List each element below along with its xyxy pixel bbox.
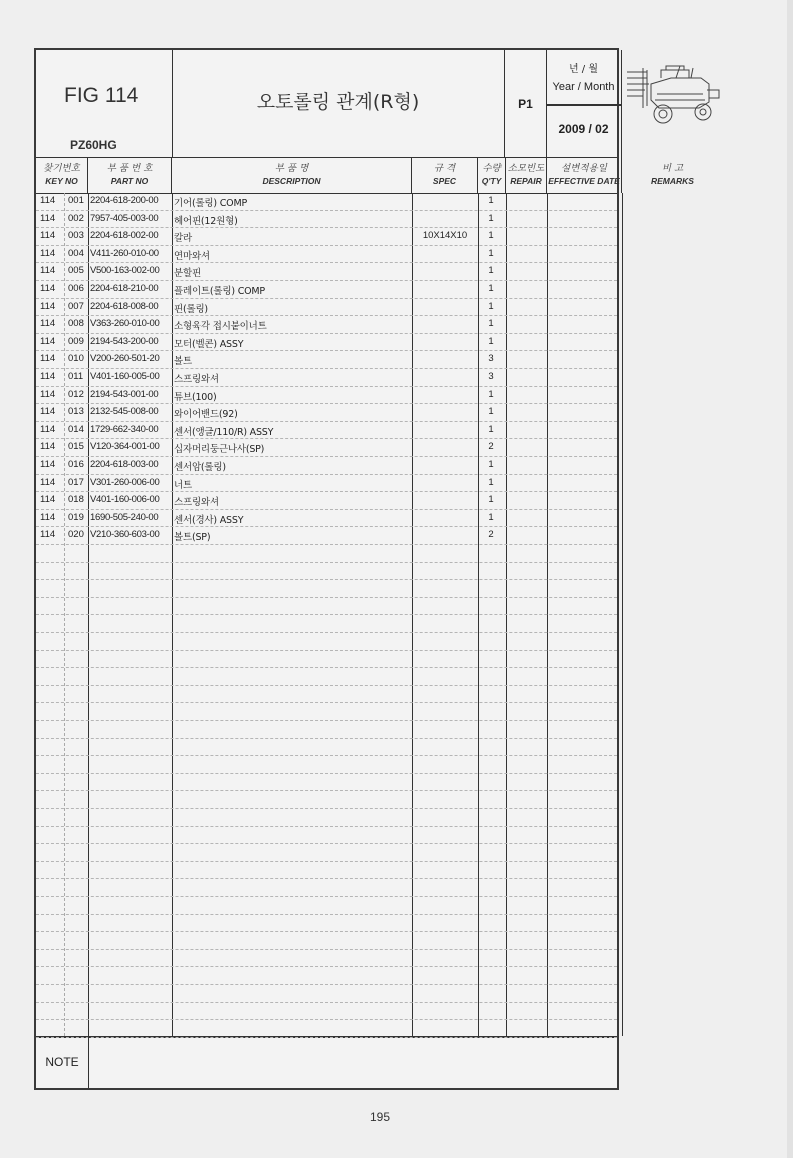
table-row: 114008V363-260-010-00소형육각 접시붙이너트1: [36, 316, 617, 334]
table-row: [36, 879, 617, 897]
col-effective-date: 설변적용일EFFECTIVE DATE: [547, 157, 622, 193]
fig-number: 114: [40, 283, 55, 294]
table-row: [36, 932, 617, 950]
page-number: 195: [370, 1110, 390, 1124]
part-description: 칼라: [174, 230, 192, 244]
part-quantity: 1: [478, 512, 504, 523]
fig-number: 114: [40, 230, 55, 241]
divider: [622, 193, 623, 1036]
page-code: P1: [505, 50, 547, 157]
part-description: 모터(벨콘) ASSY: [174, 336, 243, 350]
note-label: NOTE: [36, 1036, 89, 1088]
part-quantity: 3: [478, 371, 504, 382]
fig-number: 114: [40, 371, 55, 382]
part-quantity: 1: [478, 195, 504, 206]
part-number: 2204-618-210-00: [90, 283, 158, 294]
part-number: 1729-662-340-00: [90, 424, 158, 435]
note-section: NOTE: [36, 1036, 617, 1088]
part-description: 센서(경사) ASSY: [174, 512, 243, 526]
part-number: 2194-543-001-00: [90, 389, 158, 400]
table-row: 114020V210-360-603-00볼트(SP)2: [36, 527, 617, 545]
table-row: [36, 774, 617, 792]
table-row: [36, 844, 617, 862]
part-number: V301-260-006-00: [90, 477, 159, 488]
table-row: 114015V120-364-001-00십자머리둥근나사(SP)2: [36, 439, 617, 457]
col-key-no: 찾기번호KEY NO: [36, 157, 88, 193]
machine-illustration-icon: [621, 50, 723, 157]
table-row: [36, 686, 617, 704]
part-number: 2132-545-008-00: [90, 406, 158, 417]
key-number: 001: [68, 195, 84, 206]
part-number: V500-163-002-00: [90, 265, 159, 276]
date-label-ko: 년 / 월: [546, 50, 621, 75]
key-number: 008: [68, 318, 84, 329]
fig-number: 114: [40, 459, 55, 470]
table-row: [36, 703, 617, 721]
part-description: 센서암(롤링): [174, 459, 226, 473]
table-row: [36, 827, 617, 845]
part-quantity: 1: [478, 494, 504, 505]
part-description: 너트: [174, 477, 192, 491]
fig-number: 114: [40, 406, 55, 417]
col-qty: 수량Q'TY: [478, 157, 506, 193]
fig-number: 114: [40, 424, 55, 435]
fig-number: 114: [40, 389, 55, 400]
part-number: V363-260-010-00: [90, 318, 159, 329]
part-quantity: 1: [478, 318, 504, 329]
key-number: 010: [68, 353, 84, 364]
part-number: 2194-543-200-00: [90, 336, 158, 347]
table-row: 1140032204-618-002-00칼라10X14X101: [36, 228, 617, 246]
table-row: [36, 756, 617, 774]
figure-cell: FIG 114 PZ60HG: [36, 50, 173, 157]
table-row: [36, 950, 617, 968]
fig-number: 114: [40, 195, 55, 206]
part-description: 헤어핀(12원형): [174, 213, 238, 227]
table-row: 1140062204-618-210-00플레이트(롤링) COMP1: [36, 281, 617, 299]
table-row: 114017V301-260-006-00너트1: [36, 475, 617, 493]
part-quantity: 1: [478, 230, 504, 241]
key-number: 007: [68, 301, 84, 312]
table-row: 1140072204-618-008-00핀(롤링)1: [36, 299, 617, 317]
table-row: [36, 739, 617, 757]
table-row: [36, 598, 617, 616]
part-description: 튜브(100): [174, 389, 217, 403]
date-cell: 년 / 월 Year / Month 2009 / 02: [546, 50, 622, 157]
fig-number: 114: [40, 512, 55, 523]
part-description: 연마와셔: [174, 248, 210, 262]
part-spec: 10X14X10: [412, 230, 478, 241]
part-quantity: 1: [478, 248, 504, 259]
part-number: V210-360-603-00: [90, 529, 159, 540]
assembly-title: 오토롤링 관계(R형): [172, 50, 505, 157]
part-number: 2204-618-200-00: [90, 195, 158, 206]
table-row: [36, 915, 617, 933]
figure-number: FIG 114: [64, 84, 138, 108]
col-spec: 규 격SPEC: [412, 157, 478, 193]
part-quantity: 2: [478, 529, 504, 540]
part-number: V120-364-001-00: [90, 441, 159, 452]
table-row: [36, 967, 617, 985]
key-number: 013: [68, 406, 84, 417]
fig-number: 114: [40, 213, 55, 224]
table-row: 1140027957-405-003-00헤어핀(12원형)1: [36, 211, 617, 229]
table-row: 1140012204-618-200-00기어(롤링) COMP1: [36, 193, 617, 211]
key-number: 009: [68, 336, 84, 347]
table-row: 114010V200-260-501-20볼트3: [36, 351, 617, 369]
part-quantity: 1: [478, 213, 504, 224]
date-label-en: Year / Month: [546, 75, 621, 93]
fig-number: 114: [40, 336, 55, 347]
parts-sheet: FIG 114 PZ60HG 오토롤링 관계(R형) P1 년 / 월 Year…: [34, 48, 619, 1090]
table-row: 1140092194-543-200-00모터(벨콘) ASSY1: [36, 334, 617, 352]
part-number: V411-260-010-00: [90, 248, 159, 259]
fig-number: 114: [40, 494, 55, 505]
part-number: V401-160-005-00: [90, 371, 159, 382]
col-repair: 소모빈도REPAIR: [506, 157, 547, 193]
table-row: [36, 1003, 617, 1021]
part-quantity: 3: [478, 353, 504, 364]
fig-number: 114: [40, 441, 55, 452]
table-row: 114005V500-163-002-00분할핀1: [36, 263, 617, 281]
table-row: 114018V401-160-006-00스프링와셔1: [36, 492, 617, 510]
part-description: 십자머리둥근나사(SP): [174, 441, 264, 455]
table-row: [36, 580, 617, 598]
part-number: 2204-618-003-00: [90, 459, 158, 470]
part-quantity: 1: [478, 459, 504, 470]
part-number: V200-260-501-20: [90, 353, 159, 364]
table-row: [36, 809, 617, 827]
key-number: 017: [68, 477, 84, 488]
part-quantity: 1: [478, 406, 504, 417]
part-description: 핀(롤링): [174, 301, 208, 315]
part-number: 7957-405-003-00: [90, 213, 158, 224]
key-number: 019: [68, 512, 84, 523]
parts-table-body: 1140012204-618-200-00기어(롤링) COMP11140027…: [36, 193, 617, 1038]
table-row: [36, 985, 617, 1003]
part-description: 스프링와셔: [174, 371, 219, 385]
model-name: PZ60HG: [70, 138, 117, 152]
fig-number: 114: [40, 477, 55, 488]
part-quantity: 1: [478, 301, 504, 312]
fig-number: 114: [40, 301, 55, 312]
key-number: 006: [68, 283, 84, 294]
table-row: 1140162204-618-003-00센서암(롤링)1: [36, 457, 617, 475]
table-row: 114004V411-260-010-00연마와셔1: [36, 246, 617, 264]
table-row: [36, 897, 617, 915]
part-description: 플레이트(롤링) COMP: [174, 283, 265, 297]
table-row: 1140132132-545-008-00와이어밴드(92)1: [36, 404, 617, 422]
table-row: [36, 862, 617, 880]
key-number: 014: [68, 424, 84, 435]
column-headers: 찾기번호KEY NO 부 품 번 호PART NO 부 품 명DESCRIPTI…: [36, 157, 617, 194]
part-quantity: 1: [478, 389, 504, 400]
col-part-no: 부 품 번 호PART NO: [88, 157, 172, 193]
table-row: [36, 545, 617, 563]
key-number: 003: [68, 230, 84, 241]
part-number: 1690-505-240-00: [90, 512, 158, 523]
part-description: 기어(롤링) COMP: [174, 195, 247, 209]
col-description: 부 품 명DESCRIPTION: [172, 157, 412, 193]
part-description: 볼트(SP): [174, 529, 210, 543]
sheet-header: FIG 114 PZ60HG 오토롤링 관계(R형) P1 년 / 월 Year…: [36, 50, 617, 158]
part-description: 와이어밴드(92): [174, 406, 238, 420]
table-row: [36, 721, 617, 739]
key-number: 002: [68, 213, 84, 224]
page-edge: [787, 0, 793, 1158]
table-row: [36, 615, 617, 633]
part-quantity: 1: [478, 477, 504, 488]
date-value: 2009 / 02: [546, 106, 621, 136]
key-number: 020: [68, 529, 84, 540]
fig-number: 114: [40, 353, 55, 364]
part-quantity: 1: [478, 265, 504, 276]
part-description: 볼트: [174, 353, 192, 367]
fig-number: 114: [40, 318, 55, 329]
fig-number: 114: [40, 248, 55, 259]
part-quantity: 1: [478, 424, 504, 435]
table-row: [36, 791, 617, 809]
part-quantity: 1: [478, 283, 504, 294]
table-row: 1140141729-662-340-00센서(앵글/110/R) ASSY1: [36, 422, 617, 440]
key-number: 015: [68, 441, 84, 452]
table-row: [36, 563, 617, 581]
col-remarks: 비 고REMARKS: [622, 157, 723, 193]
table-row: 114011V401-160-005-00스프링와셔3: [36, 369, 617, 387]
key-number: 005: [68, 265, 84, 276]
part-number: V401-160-006-00: [90, 494, 159, 505]
key-number: 011: [68, 371, 83, 382]
table-row: [36, 668, 617, 686]
part-quantity: 1: [478, 336, 504, 347]
part-description: 분할핀: [174, 265, 201, 279]
part-number: 2204-618-002-00: [90, 230, 158, 241]
key-number: 012: [68, 389, 84, 400]
fig-number: 114: [40, 529, 55, 540]
part-description: 소형육각 접시붙이너트: [174, 318, 267, 332]
table-row: [36, 651, 617, 669]
fig-number: 114: [40, 265, 55, 276]
key-number: 004: [68, 248, 84, 259]
key-number: 016: [68, 459, 84, 470]
part-number: 2204-618-008-00: [90, 301, 158, 312]
table-row: 1140122194-543-001-00튜브(100)1: [36, 387, 617, 405]
part-description: 스프링와셔: [174, 494, 219, 508]
part-quantity: 2: [478, 441, 504, 452]
table-row: 1140191690-505-240-00센서(경사) ASSY1: [36, 510, 617, 528]
table-row: [36, 633, 617, 651]
part-description: 센서(앵글/110/R) ASSY: [174, 424, 273, 438]
key-number: 018: [68, 494, 84, 505]
